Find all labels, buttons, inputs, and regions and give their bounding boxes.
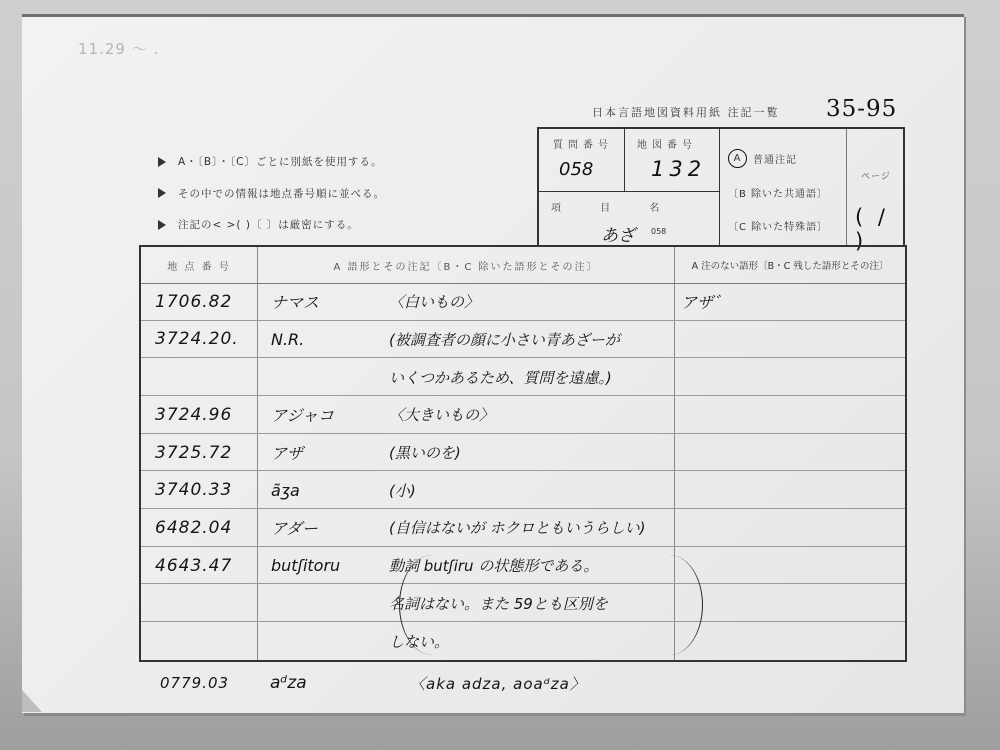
table-row: 3740.33ãʒa(小) bbox=[141, 472, 905, 510]
extra-note: 〈aka adza, aoaᵈza〉 bbox=[410, 665, 586, 701]
word-form-cell: アダー bbox=[271, 509, 318, 547]
note-bracket bbox=[399, 555, 703, 655]
instruction-item: その中での情報は地点番号順に並べる。 bbox=[158, 178, 385, 210]
note-cell: 〈白いもの〉 bbox=[389, 283, 479, 321]
location-cell: 4643.47 bbox=[155, 547, 232, 585]
extra-form: aᵈza bbox=[270, 665, 307, 701]
form-number: 35-95 bbox=[826, 96, 897, 122]
triangle-bullet-icon bbox=[158, 157, 166, 167]
table-row: いくつかあるため、質問を遠慮。) bbox=[141, 358, 905, 396]
pencil-annotation: 11.29 〜 . bbox=[78, 38, 159, 59]
location-cell: 1706.82 bbox=[155, 283, 232, 321]
note-cell: (小) bbox=[389, 472, 416, 510]
note-cell: (自信はないが ホクロともいうらしい) bbox=[389, 509, 645, 547]
header-location: 地 点 番 号 bbox=[141, 247, 257, 283]
extra-entry-below-table: 0779.03 aᵈza 〈aka adza, aoaᵈza〉 bbox=[160, 665, 860, 701]
page-cell: ページ ( / ) bbox=[847, 129, 905, 247]
item-name-value: あざ bbox=[601, 221, 635, 246]
note-cell: いくつかあるため、質問を遠慮。) bbox=[389, 358, 612, 396]
map-number-label: 地図番号 bbox=[637, 136, 697, 151]
no-annotation-cell: アザ゛ bbox=[681, 283, 729, 321]
word-form-cell: butʃitoru bbox=[271, 547, 340, 585]
header-form-note: A 語形とその注記〔B・C 除いた語形とその注〕 bbox=[258, 247, 674, 283]
map-number-cell: 地図番号 132 bbox=[625, 129, 720, 192]
instruction-item: A・〔B〕・〔C〕ごとに別紙を使用する。 bbox=[158, 146, 385, 178]
table-row: 1706.82ナマス〈白いもの〉アザ゛ bbox=[141, 283, 905, 321]
note-cell: (被調査者の顔に小さい青あざーが bbox=[389, 321, 620, 359]
item-name-code: 058 bbox=[651, 227, 666, 236]
table-row: 6482.04アダー(自信はないが ホクロともいうらしい) bbox=[141, 509, 905, 547]
table-header: 地 点 番 号 A 語形とその注記〔B・C 除いた語形とその注〕 A 注のない語… bbox=[141, 247, 905, 284]
info-box: 質問番号 058 地図番号 132 項 目 名 あざ 058 A 普通注記 〔B… bbox=[537, 127, 905, 245]
legend-a: A 普通注記 bbox=[728, 149, 797, 168]
annotation-type-legend: A 普通注記 〔B 除いた共通語〕 〔C 除いた特殊語〕 bbox=[720, 129, 847, 247]
location-cell: 6482.04 bbox=[155, 509, 232, 547]
triangle-bullet-icon bbox=[158, 220, 166, 230]
table-row: 3725.72アザ(黒いのを) bbox=[141, 434, 905, 472]
legend-c: 〔C 除いた特殊語〕 bbox=[728, 218, 828, 233]
circled-a-mark: A bbox=[728, 149, 747, 168]
item-name-cell: 項 目 名 あざ 058 bbox=[539, 192, 720, 247]
page-label: ページ bbox=[861, 169, 891, 182]
question-number-value: 058 bbox=[559, 159, 593, 180]
word-form-cell: ãʒa bbox=[271, 472, 300, 510]
note-cell: 〈大きいもの〉 bbox=[389, 396, 494, 434]
question-number-label: 質問番号 bbox=[553, 136, 613, 151]
note-cell: (黒いのを) bbox=[389, 434, 461, 472]
extra-location: 0779.03 bbox=[160, 665, 229, 701]
instruction-item: 注記の< >( )〔 〕は厳密にする。 bbox=[158, 209, 385, 241]
instructions-list: A・〔B〕・〔C〕ごとに別紙を使用する。 その中での情報は地点番号順に並べる。 … bbox=[158, 146, 385, 241]
map-number-value: 132 bbox=[651, 157, 706, 181]
form-title: 日本言語地図資料用紙 注記一覧 bbox=[592, 104, 780, 120]
location-cell: 3740.33 bbox=[155, 472, 232, 510]
word-form-cell: ナマス bbox=[271, 283, 319, 321]
triangle-bullet-icon bbox=[158, 188, 166, 198]
table-row: 3724.96アジャコ〈大きいもの〉 bbox=[141, 396, 905, 434]
location-cell: 3724.20. bbox=[155, 321, 239, 359]
word-form-cell: アザ bbox=[271, 434, 303, 472]
question-number-cell: 質問番号 058 bbox=[539, 129, 625, 192]
word-form-cell: アジャコ bbox=[271, 396, 334, 434]
location-cell: 3724.96 bbox=[155, 396, 232, 434]
annotation-table: 地 点 番 号 A 語形とその注記〔B・C 除いた語形とその注〕 A 注のない語… bbox=[139, 245, 907, 662]
item-name-label: 項 目 名 bbox=[551, 199, 677, 214]
location-cell: 3725.72 bbox=[155, 434, 232, 472]
word-form-cell: N.R. bbox=[271, 321, 304, 359]
header-no-annotation: A 注のない語形〔B・C 残した語形とその注〕 bbox=[675, 247, 905, 283]
table-row: 3724.20.N.R.(被調査者の顔に小さい青あざーが bbox=[141, 321, 905, 359]
legend-b: 〔B 除いた共通語〕 bbox=[728, 185, 828, 200]
